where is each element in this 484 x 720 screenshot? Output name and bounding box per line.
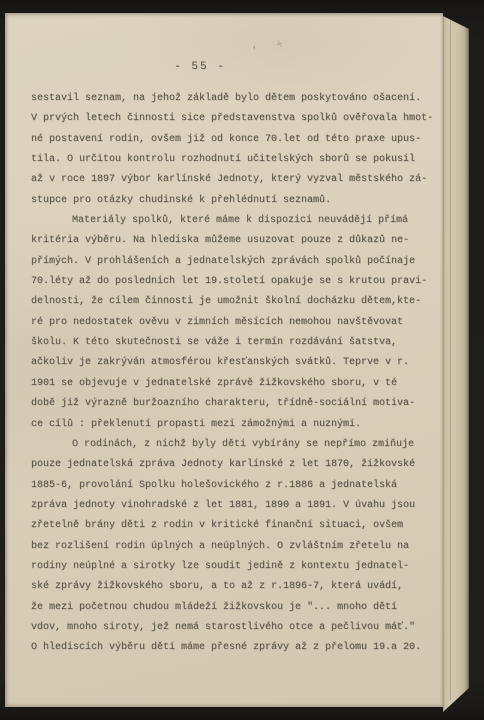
- document-page: ' × - 55 - sestavil seznam, na jehož zák…: [5, 13, 443, 707]
- text-line: rodiny neúplné a sirotky lze soudit jedi…: [31, 557, 437, 577]
- text-line: ské zprávy žižkovského sboru, a to až z …: [31, 577, 437, 597]
- text-line: školu. K této skutečnosti se váže i term…: [31, 333, 437, 353]
- text-line: tila. O určitou kontrolu rozhodnutí učit…: [31, 150, 437, 170]
- text-line: delnosti, že cílem činnosti je umožnit š…: [31, 292, 437, 312]
- text-line: době již výrazně buržoazního charakteru,…: [31, 394, 437, 414]
- text-line: ce cílů : překlenutí propasti mezi zámož…: [31, 415, 437, 435]
- scanned-book-photo: ' × - 55 - sestavil seznam, na jehož zák…: [0, 0, 484, 720]
- text-line: sestavil seznam, na jehož základě bylo d…: [31, 89, 437, 109]
- text-line: 1885-6, provolání Spolku holešovického z…: [31, 476, 437, 496]
- text-line: 1901 se objevuje v jednatelské zprávě ži…: [31, 374, 437, 394]
- text-line: zřetelně brány děti z rodin v kritické f…: [31, 516, 437, 536]
- page-edge-line: [450, 20, 451, 700]
- text-line: né postavení rodin, ovšem již od konce 7…: [31, 130, 437, 150]
- scan-smudge-x: ×: [274, 40, 283, 51]
- text-line: kritéria výběru. Na hlediska můžeme usuz…: [31, 231, 437, 251]
- text-line: ačkoliv je zakrýván atmosférou křesťansk…: [31, 353, 437, 373]
- text-line: až v roce 1897 výbor karlínské Jednoty, …: [31, 170, 437, 190]
- text-line: pouze jednatelská zpráva Jednoty karlíns…: [31, 455, 437, 475]
- text-line: O hlediscích výběru dětí máme přesné zpr…: [31, 638, 437, 658]
- text-line: stupce pro otázky chudinské k přehlédnut…: [31, 191, 437, 211]
- text-line: 70.léty až do posledních let 19.století …: [31, 272, 437, 292]
- text-line: Materiály spolků, které máme k dispozici…: [31, 211, 437, 231]
- book-page-edge-stack: [443, 0, 469, 714]
- text-line: že mezi početnou chudou mládeží žižkovsk…: [31, 598, 437, 618]
- text-line: O rodinách, z nichž byly děti vybírány s…: [31, 435, 437, 455]
- text-line: V prvých letech činnosti sice představen…: [31, 109, 437, 129]
- text-line: ré pro nedostatek ověvu v zimních měsící…: [31, 313, 437, 333]
- scan-smudge-tick: ': [251, 46, 258, 58]
- text-line: zpráva jednoty vinohradské z let 1881, 1…: [31, 496, 437, 516]
- page-text: sestavil seznam, na jehož základě bylo d…: [31, 89, 437, 659]
- page-number: - 55 -: [5, 61, 395, 73]
- text-line: vdov, mnoho siroty, jež nemá starostlivé…: [31, 618, 437, 638]
- text-line: bez rozlišení rodin úplných a neúplných.…: [31, 537, 437, 557]
- text-line: přímých. V prohlášeních a jednatelských …: [31, 252, 437, 272]
